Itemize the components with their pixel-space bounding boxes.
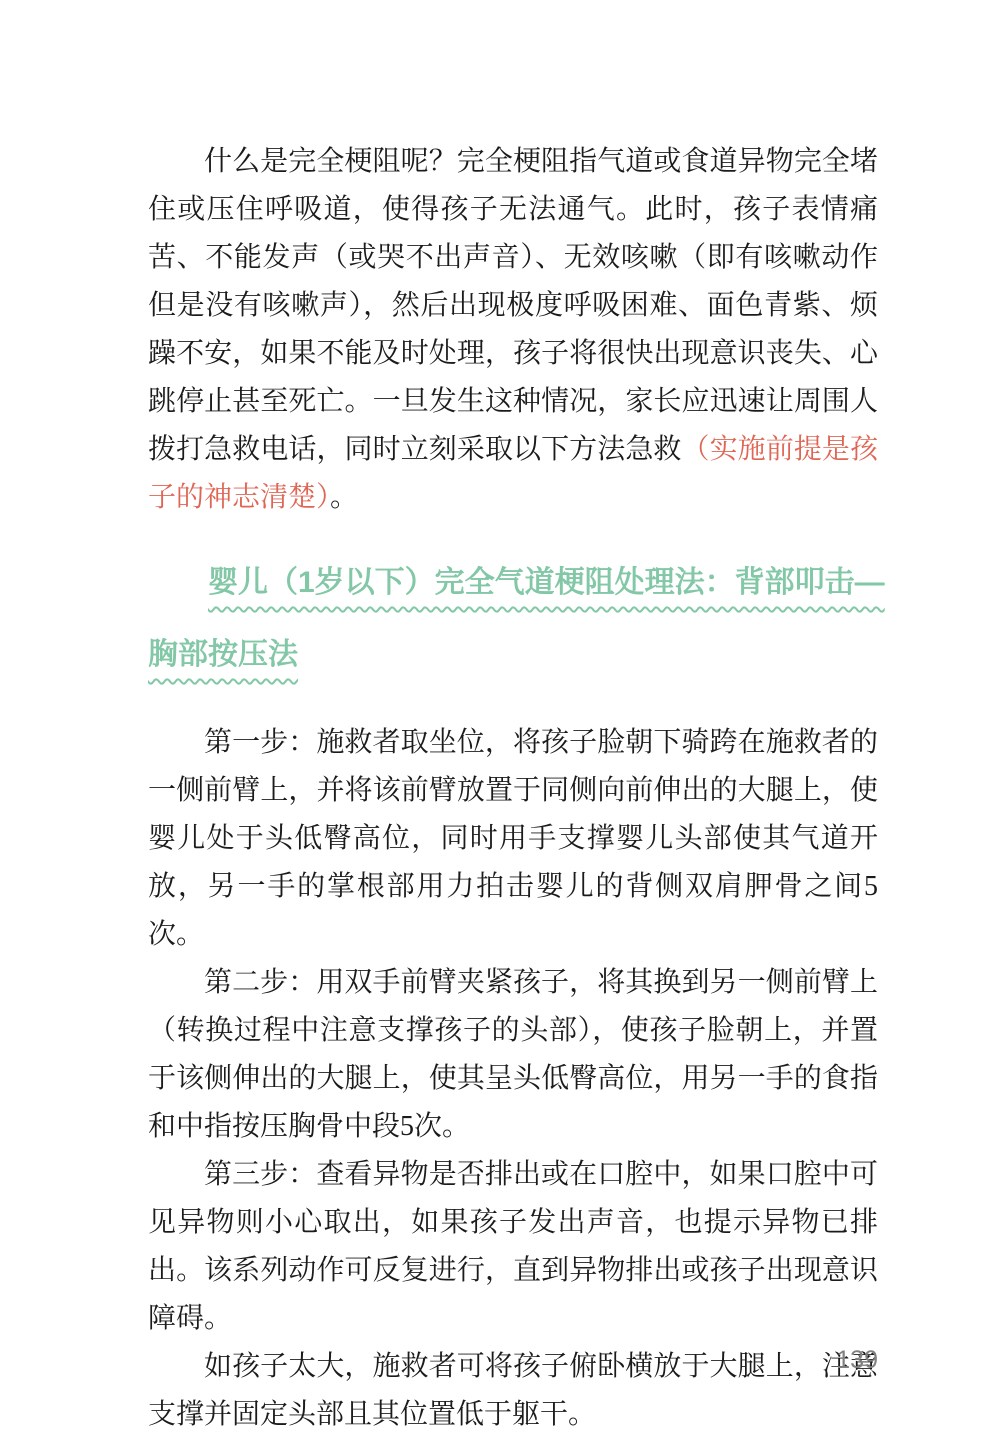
- section-heading: 婴儿（1岁以下）完全气道梗阻处理法：背部叩击—胸部按压法: [148, 547, 878, 691]
- intro-paragraph: 什么是完全梗阻呢？完全梗阻指气道或食道异物完全堵住或压住呼吸道，使得孩子无法通气…: [148, 138, 878, 522]
- intro-text-before: 什么是完全梗阻呢？完全梗阻指气道或食道异物完全堵住或压住呼吸道，使得孩子无法通气…: [148, 146, 878, 465]
- book-page: 什么是完全梗阻呢？完全梗阻指气道或食道异物完全堵住或压住呼吸道，使得孩子无法通气…: [0, 0, 1000, 1450]
- steps-block: 第一步：施救者取坐位，将孩子脸朝下骑跨在施救者的一侧前臂上，并将该前臂放置于同侧…: [148, 719, 878, 1439]
- page-number: 139: [836, 1346, 878, 1375]
- intro-text-after: 。: [330, 482, 358, 513]
- page-content: 什么是完全梗阻呢？完全梗阻指气道或食道异物完全堵住或压住呼吸道，使得孩子无法通气…: [148, 138, 878, 1439]
- step-3-paragraph: 第三步：查看异物是否排出或在口腔中，如果口腔中可见异物则小心取出，如果孩子发出声…: [148, 1151, 878, 1343]
- section-heading-line2: 胸部按压法: [148, 638, 298, 671]
- step-2-paragraph: 第二步：用双手前臂夹紧孩子，将其换到另一侧前臂上（转换过程中注意支撑孩子的头部）…: [148, 959, 878, 1151]
- step-1-paragraph: 第一步：施救者取坐位，将孩子脸朝下骑跨在施救者的一侧前臂上，并将该前臂放置于同侧…: [148, 719, 878, 959]
- section-heading-line1: 婴儿（1岁以下）完全气道梗阻处理法：背部叩击—: [208, 566, 885, 599]
- note-paragraph: 如孩子太大，施救者可将孩子俯卧横放于大腿上，注意支撑并固定头部且其位置低于躯干。: [148, 1343, 878, 1439]
